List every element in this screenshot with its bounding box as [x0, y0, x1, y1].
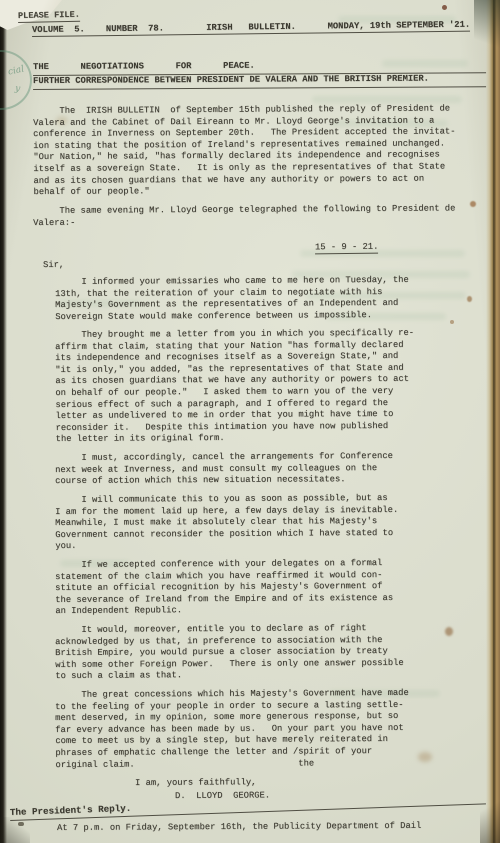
intro-paragraph: The same evening Mr. Lloyd George telegr… [33, 203, 486, 229]
page-right-edge [486, 0, 500, 843]
document-scan: cial y PLEASE FILE. VOLUME 5. NUMBER 78.… [0, 0, 500, 843]
stain [442, 5, 447, 10]
letter-paragraph: If we accepted conference with your dele… [55, 557, 486, 618]
letter-date: 15 - 9 - 21. [315, 242, 378, 255]
letter-paragraph: It would, moreover, entitle you to decla… [55, 622, 486, 683]
intro-paragraph: The IRISH BULLETIN of September 15th pub… [33, 103, 487, 199]
lloyd-george-letter: 15 - 9 - 21. Sir, I informed your emissa… [55, 236, 486, 803]
letter-paragraph: I must, accordingly, cancel the arrangem… [55, 450, 486, 487]
letter-paragraph: The great concessions which his Majesty'… [55, 687, 486, 771]
file-note: PLEASE FILE. [18, 10, 80, 23]
letter-valediction: I am, yours faithfully, [135, 776, 486, 790]
letter-paragraph: They brought me a letter from you in whi… [55, 327, 487, 446]
letter-paragraph: I will communicate this to you as soon a… [55, 492, 486, 553]
reply-first-line: At 7 p.m. on Friday, September 16th, the… [57, 820, 486, 834]
top-right-shadow [474, 0, 500, 60]
letter-salutation: Sir, [43, 257, 486, 271]
official-stamp: cial y [0, 50, 32, 110]
letter-paragraph: I informed your emissaries who came to m… [55, 274, 486, 323]
document-body: THE NEGOTIATIONS FOR PEACE. FURTHER CORR… [33, 62, 486, 834]
stamp-text-fragment: cial [7, 64, 25, 77]
stamp-text-fragment: y [14, 84, 20, 95]
masthead: VOLUME 5. NUMBER 78. IRISH BULLETIN. MON… [32, 20, 470, 37]
subtitle: FURTHER CORRESPONDENCE BETWEEN PRESIDENT… [33, 73, 486, 89]
presidents-reply-section: The President's Reply. At 7 p.m. on Frid… [10, 807, 486, 834]
page-left-edge [0, 0, 7, 843]
